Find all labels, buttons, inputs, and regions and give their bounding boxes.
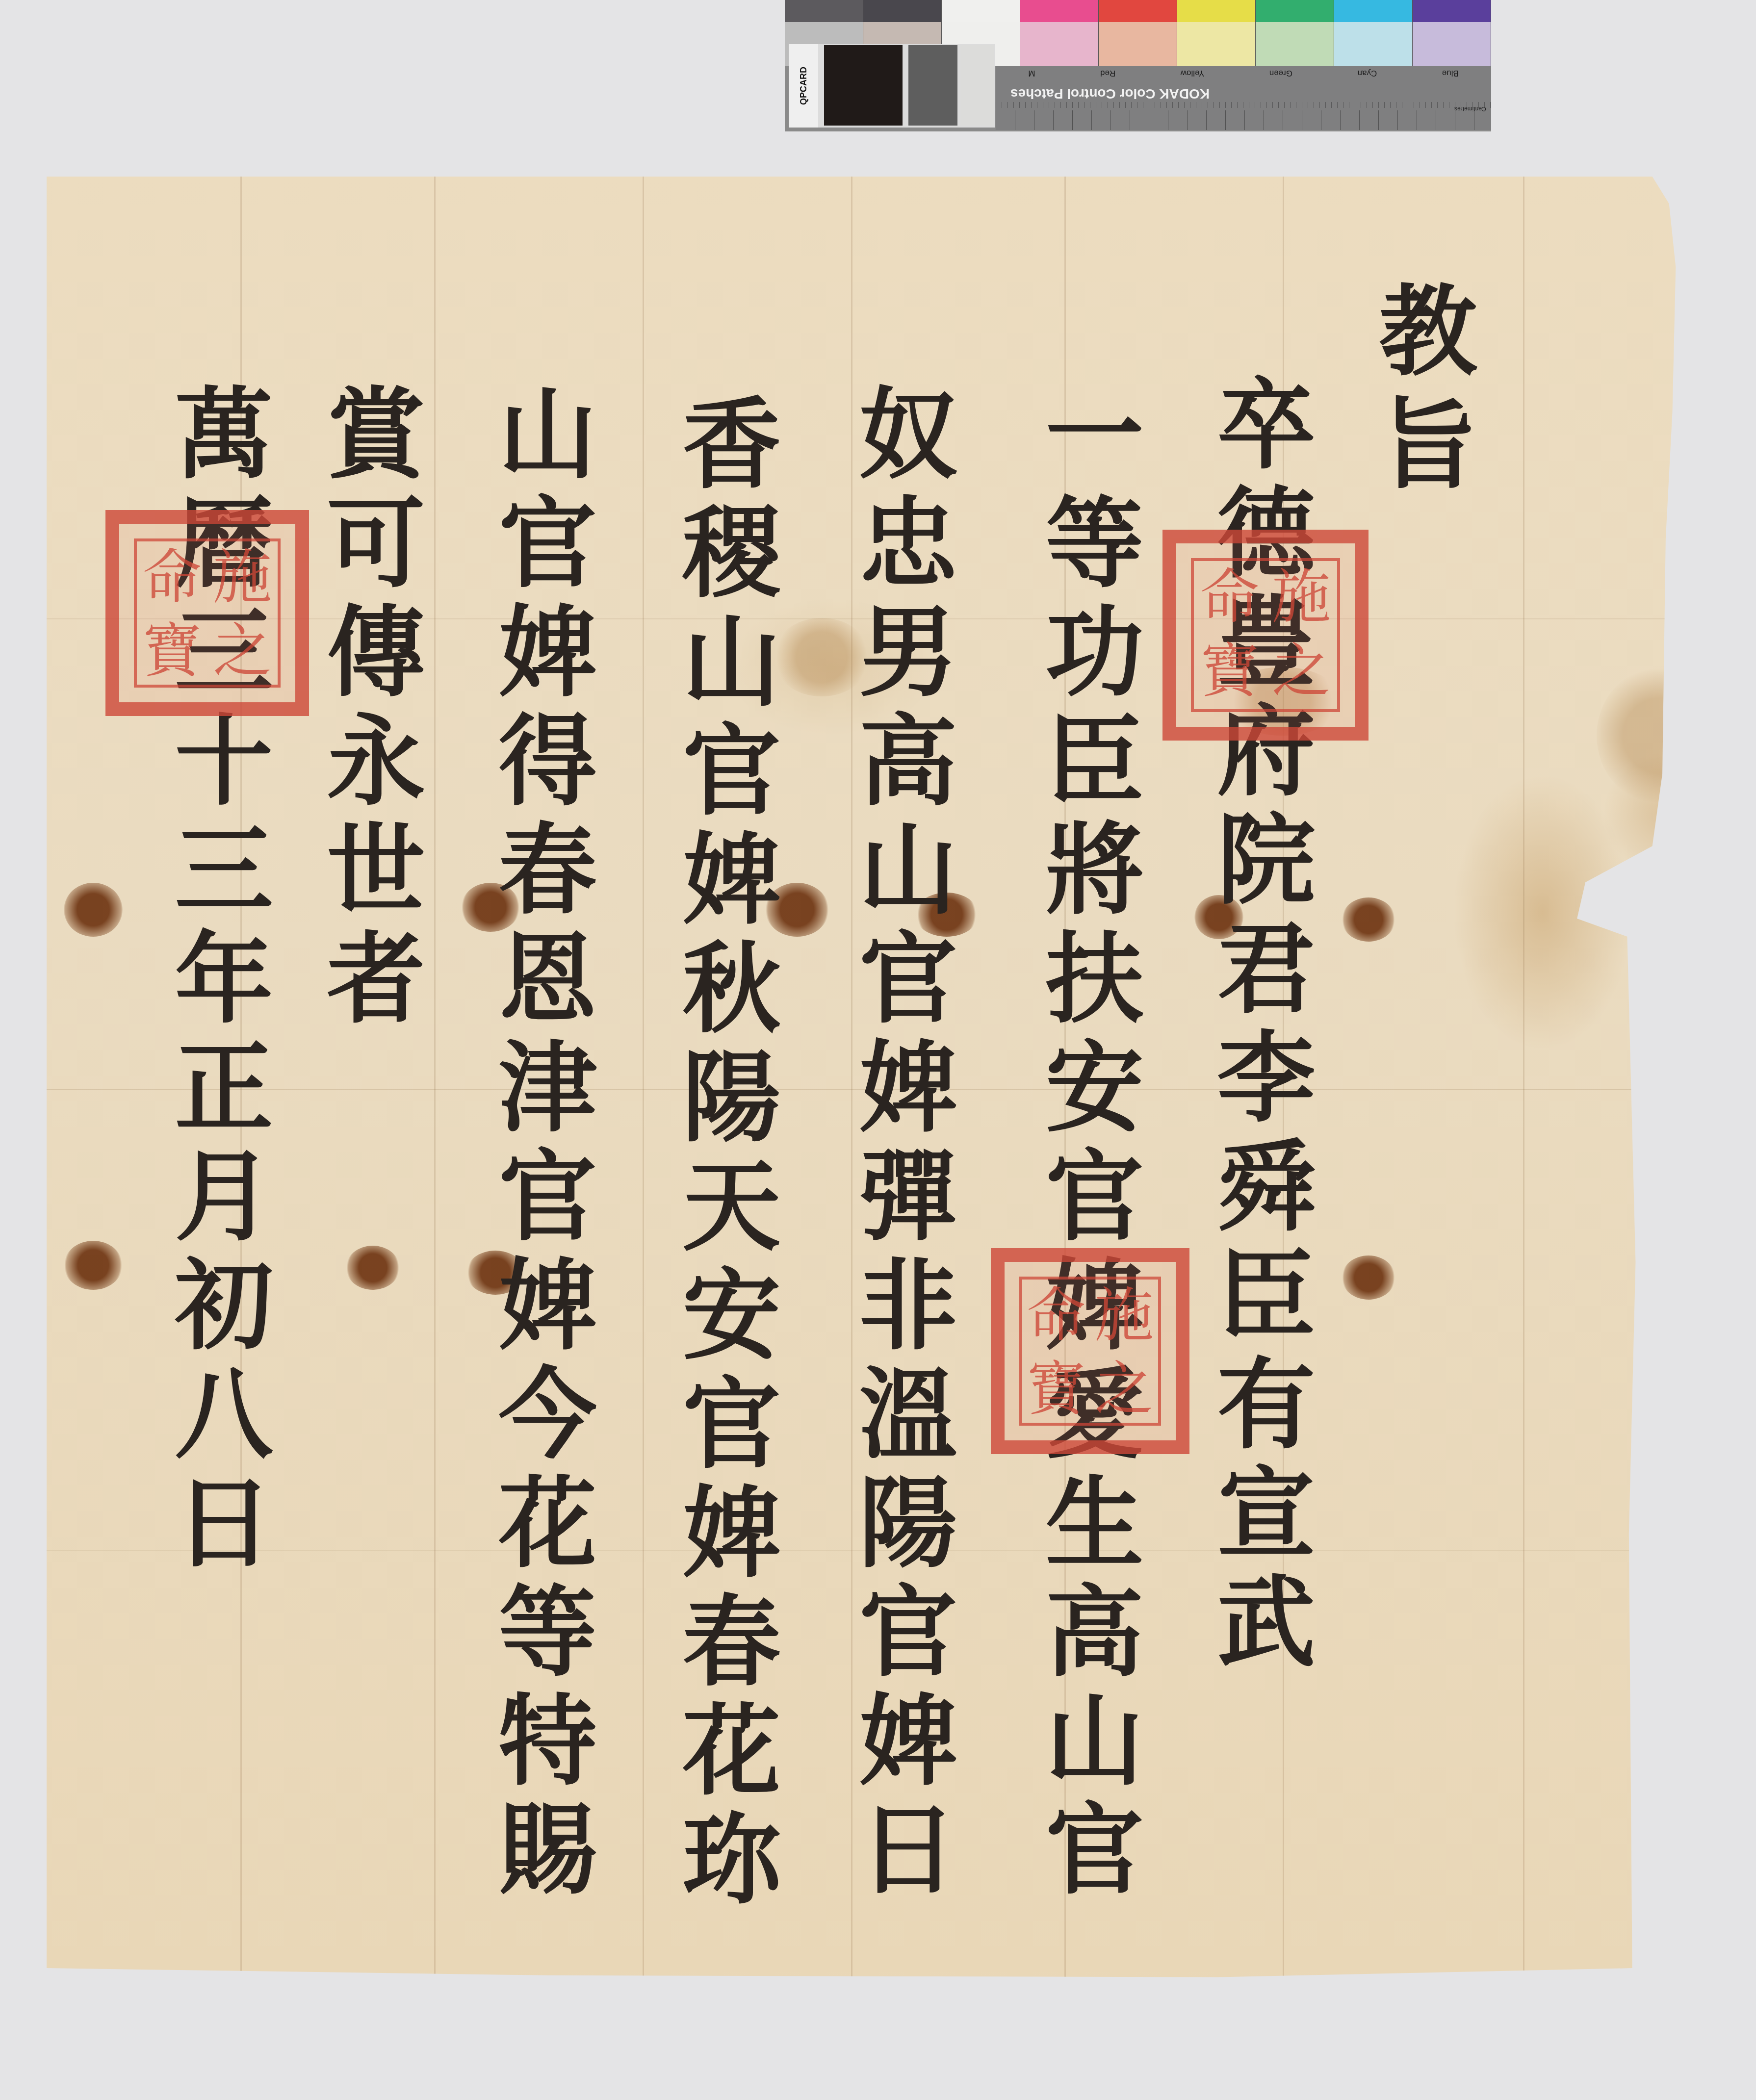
seal-char: 命 [137,541,207,615]
patch-salmon [1099,22,1177,66]
inch-ruler [996,110,1491,130]
label-m: M [1028,68,1035,78]
fold-line [1523,177,1524,1986]
patch-pink [1020,22,1099,66]
stain [1342,897,1395,942]
fold-line [434,177,436,1986]
patch-white [942,0,1020,22]
patch-charcoal [863,0,942,22]
kodak-label-strip: Blue Cyan Green Yellow Red M KODAK Color… [996,66,1491,130]
royal-seal-top: 命 施 寶 之 [1162,530,1369,741]
stain [1665,897,1719,942]
qp-card: QPCARD [789,44,995,128]
stain [64,1241,123,1290]
color-patch-row-top [785,0,1491,22]
stain [1342,1255,1395,1300]
seal-char: 施 [1090,1280,1159,1353]
text-column-6: 賞可傳永世者 [319,383,417,1036]
stain [64,883,123,937]
text-column-3: 奴忠男高山官婢彈非溫陽官婢日 [851,383,949,1907]
seal-char: 寶 [1194,635,1265,709]
fold-line [643,177,644,1986]
seal-char: 寶 [137,615,207,689]
patch-dark-gray [785,0,863,22]
kodak-brand-title: KODAK Color Control Patches [1010,86,1210,102]
text-column-4: 香稷山官婢秋陽天安官婢春花珎 [674,392,773,1917]
patch-labels: Blue Cyan Green Yellow Red M [996,68,1491,78]
cm-ruler [996,102,1491,108]
seal-char: 命 [1022,1280,1090,1353]
patch-blue [1413,0,1491,22]
edict-document-paper: 教旨 卒德豊府院君李舜臣有宣武 一等功臣將扶安官婢愛生高山官 奴忠男高山官婢彈非… [47,177,1719,1986]
qp-gray-patch [908,45,957,126]
royal-seal-date: 命 施 寶 之 [105,510,309,716]
color-calibration-chart: Blue Cyan Green Yellow Red M KODAK Color… [785,0,1491,131]
seal-char: 命 [1194,561,1265,635]
label-cyan: Cyan [1358,68,1377,78]
patch-pale-yellow [1177,22,1256,66]
seal-script: 命 施 寶 之 [1191,558,1340,712]
qp-card-brand: QPCARD [789,44,818,128]
patch-yellow [1177,0,1256,22]
label-red: Red [1100,68,1115,78]
seal-char: 之 [1265,635,1337,709]
stain [1597,667,1724,804]
edict-heading: 教旨 [1371,280,1469,505]
seal-char: 之 [1090,1353,1159,1427]
seal-char: 寶 [1022,1353,1090,1427]
stain [346,1246,400,1290]
patch-green [1256,0,1334,22]
qp-black-patch [824,45,903,126]
patch-red [1099,0,1177,22]
seal-char: 之 [207,615,278,689]
patch-cyan [1334,0,1413,22]
label-green: Green [1269,68,1292,78]
patch-lavender [1413,22,1491,66]
patch-pale-green [1256,22,1334,66]
seal-char: 施 [207,541,278,615]
patch-pale-cyan [1334,22,1413,66]
qp-white-patch [960,45,994,126]
seal-char: 施 [1265,561,1337,635]
label-yellow: Yellow [1181,68,1205,78]
patch-magenta [1020,0,1099,22]
label-blue: Blue [1442,68,1459,78]
seal-script: 命 施 寶 之 [134,538,281,688]
royal-seal-middle: 命 施 寶 之 [991,1248,1189,1454]
text-column-5: 山官婢得春恩津官婢今花等特賜 [491,383,589,1907]
seal-script: 命 施 寶 之 [1019,1277,1161,1426]
text-column-2: 一等功臣將扶安官婢愛生高山官 [1037,383,1136,1907]
